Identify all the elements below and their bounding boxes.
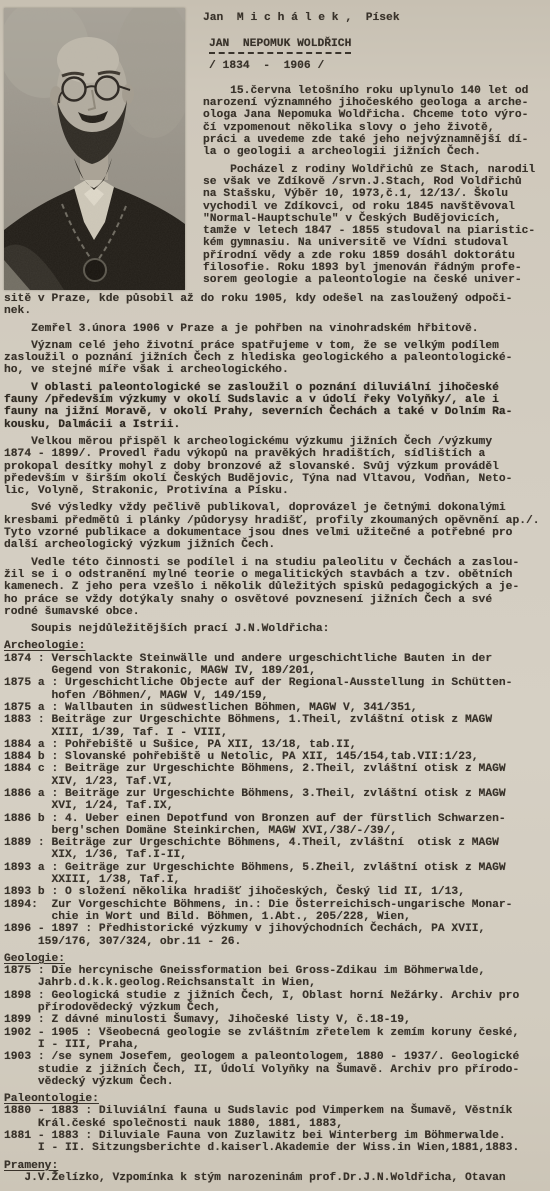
- section-prameny: Prameny: J.V.Želízko, Vzpomínka k stým n…: [4, 1160, 546, 1185]
- page: Jan M i c h á l e k , Písek JAN NEPOMUK …: [0, 0, 550, 1184]
- paragraph-significance: Význam celé jeho životní práce spatřujem…: [4, 340, 546, 377]
- section-paleontologie: Paleontologie: 1880 - 1883 : Diluviální …: [4, 1093, 546, 1154]
- author-byline: Jan M i c h á l e k , Písek: [203, 12, 546, 24]
- paragraph-paleolithic: Vedle této činnosti se podílel i na stud…: [4, 557, 546, 618]
- section-geologie: Geologie: 1875 : Die hercynische Gneissf…: [4, 953, 546, 1088]
- header-text-column: Jan M i c h á l e k , Písek JAN NEPOMUK …: [203, 8, 546, 287]
- section-heading-prameny: Prameny:: [4, 1160, 546, 1172]
- section-heading-archeologie: Archeologie:: [4, 640, 546, 652]
- bibliography-entries-paleontologie: 1880 - 1883 : Diluviální fauna u Sudslav…: [4, 1105, 546, 1154]
- bibliography-entries-archeologie: 1874 : Verschlackte Steinwälle und ander…: [4, 653, 546, 948]
- paragraph-death: Zemřel 3.února 1906 v Praze a je pohřben…: [4, 323, 546, 335]
- paragraph-publications: Své výsledky vždy pečlivě publikoval, do…: [4, 502, 546, 551]
- section-archeologie: Archeologie: 1874 : Verschlackte Steinwä…: [4, 640, 546, 947]
- works-list-intro: Soupis nejdůležitějších prací J.N.Woldři…: [4, 623, 546, 635]
- portrait-photo: [4, 8, 185, 290]
- section-heading-geologie: Geologie:: [4, 953, 546, 965]
- bibliography-entries-geologie: 1875 : Die hercynische Gneissformation b…: [4, 965, 546, 1088]
- intro-paragraph-1: 15.června letošního roku uplynulo 140 le…: [203, 85, 546, 159]
- paragraph-paleontology: V oblasti paleontologické se zasloužil o…: [4, 382, 546, 431]
- intro-paragraph-2: Pocházel z rodiny Woldřichů ze Stach, na…: [203, 164, 546, 287]
- intro-continuation: sitě v Praze, kde působil až do roku 190…: [4, 293, 546, 318]
- title-block: JAN NEPOMUK WOLDŘICH: [203, 38, 546, 57]
- bibliography-entries-prameny: J.V.Želízko, Vzpomínka k stým narozeniná…: [4, 1172, 546, 1184]
- paragraph-archeology-research: Velkou měrou přispěl k archeologickému v…: [4, 436, 546, 497]
- life-years: / 1834 - 1906 /: [209, 60, 546, 72]
- header-block: Jan M i c h á l e k , Písek JAN NEPOMUK …: [4, 8, 546, 290]
- portrait-photo-illustration: [4, 8, 185, 290]
- page-title: JAN NEPOMUK WOLDŘICH: [209, 38, 351, 53]
- section-heading-paleontologie: Paleontologie:: [4, 1093, 546, 1105]
- scanned-document-page: { "colors": { "paper": "#d3cdc1", "ink":…: [0, 0, 550, 1191]
